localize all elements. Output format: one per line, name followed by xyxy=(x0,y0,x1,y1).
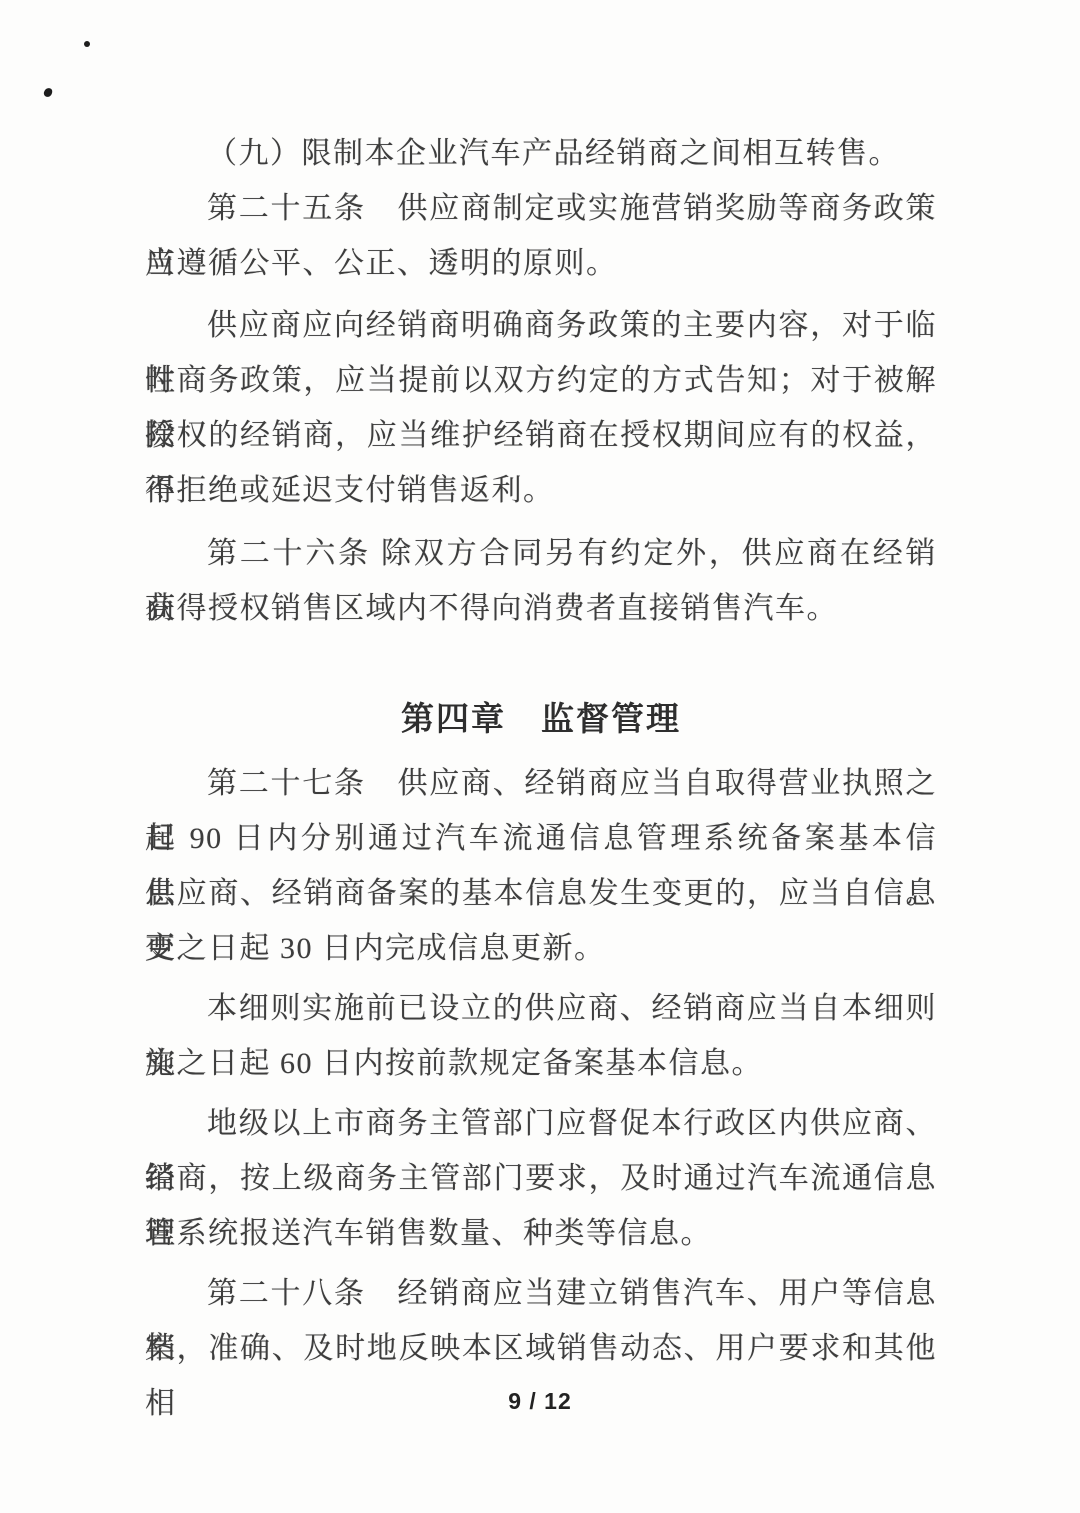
body-line: 当遵循公平、公正、透明的原则。 xyxy=(145,236,937,291)
body-line: 销商，按上级商务主管部门要求，及时通过汽车流通信息管 xyxy=(145,1151,937,1206)
scan-speck-icon xyxy=(84,41,90,47)
body-line: 供应商应向经销商明确商务政策的主要内容，对于临时 xyxy=(145,298,937,353)
body-line: 施之日起 60 日内按前款规定备案基本信息。 xyxy=(145,1036,937,1091)
body-line: 得拒绝或延迟支付销售返利。 xyxy=(145,463,937,518)
body-line: 本细则实施前已设立的供应商、经销商应当自本细则实 xyxy=(145,981,937,1036)
document-page: （九）限制本企业汽车产品经销商之间相互转售。 第二十五条 供应商制定或实施营销奖… xyxy=(0,0,1080,1513)
body-line: 第二十七条 供应商、经销商应当自取得营业执照之日 xyxy=(145,756,937,811)
page-number: 9 / 12 xyxy=(0,1388,1080,1415)
body-line: 性商务政策，应当提前以双方约定的方式告知；对于被解除 xyxy=(145,353,937,408)
body-line: 授权的经销商，应当维护经销商在授权期间应有的权益，不 xyxy=(145,408,937,463)
body-line: 第二十五条 供应商制定或实施营销奖励等商务政策应 xyxy=(145,181,937,236)
body-line: 更之日起 30 日内完成信息更新。 xyxy=(145,921,937,976)
body-line: （九）限制本企业汽车产品经销商之间相互转售。 xyxy=(145,126,937,181)
body-line: 起 90 日内分别通过汽车流通信息管理系统备案基本信息。 xyxy=(145,811,937,866)
body-line: 供应商、经销商备案的基本信息发生变更的，应当自信息变 xyxy=(145,866,937,921)
body-line: 第二十六条 除双方合同另有约定外，供应商在经销商 xyxy=(145,526,937,581)
body-line: 获得授权销售区域内不得向消费者直接销售汽车。 xyxy=(145,581,937,636)
body-line: 案，准确、及时地反映本区域销售动态、用户要求和其他相 xyxy=(145,1321,937,1376)
body-line: 第二十八条 经销商应当建立销售汽车、用户等信息档 xyxy=(145,1266,937,1321)
document-body: （九）限制本企业汽车产品经销商之间相互转售。 第二十五条 供应商制定或实施营销奖… xyxy=(145,126,937,1376)
body-line: 地级以上市商务主管部门应督促本行政区内供应商、经 xyxy=(145,1096,937,1151)
scan-speck-icon xyxy=(43,87,53,98)
chapter-heading: 第四章 监督管理 xyxy=(145,691,937,746)
body-line: 理系统报送汽车销售数量、种类等信息。 xyxy=(145,1206,937,1261)
